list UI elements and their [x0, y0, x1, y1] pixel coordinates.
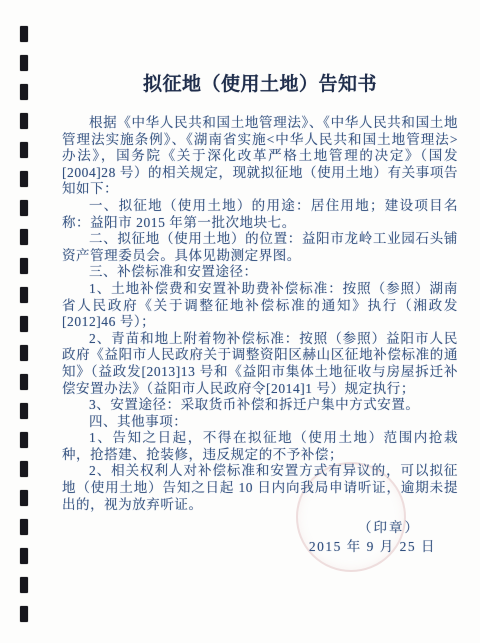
document-paragraph: 1、土地补偿费和安置补助费补偿标准：按照（参照）湖南省人民政府《关于调整征地补偿… [62, 281, 458, 331]
document-paragraph: 1、告知之日起，不得在拟征地（使用土地）范围内抢栽种，抢搭建、抢装修，违反规定的… [62, 430, 458, 463]
document-paragraph: 3、安置途径：采取货币补偿和拆迁户集中方式安置。 [62, 397, 458, 414]
binding-hole [20, 113, 28, 129]
document-date: 2015 年 9 月 25 日 [62, 539, 458, 555]
binding-hole [20, 229, 28, 245]
binding-hole [20, 374, 28, 390]
binding-hole [20, 519, 28, 535]
binding-hole [20, 490, 28, 506]
scanned-notice-page: 拟征地（使用土地）告知书 根据《中华人民共和国土地管理法》、《中华人民共和国土地… [0, 0, 480, 643]
document-paragraph: 一、拟征地（使用土地）的用途：居住用地；建设项目名称：益阳市 2015 年第一批… [62, 198, 458, 231]
binding-hole [20, 432, 28, 448]
document-paragraph: 根据《中华人民共和国土地管理法》、《中华人民共和国土地管理法实施条例》、《湖南省… [62, 115, 458, 198]
binding-hole [20, 403, 28, 419]
document-paragraph: 二、拟征地（使用土地）的位置：益阳市龙岭工业园石头铺资产管理委员会。具体见勘测定… [62, 231, 458, 264]
binding-hole [20, 171, 28, 187]
seal-placeholder-text: （印章） [62, 520, 458, 536]
binding-hole [20, 258, 28, 274]
binding-hole [20, 200, 28, 216]
document-paragraph: 2、相关权利人对补偿标准和安置方式有异议的，可以拟征地（使用土地）告知之日起 1… [62, 463, 458, 513]
binding-hole [20, 142, 28, 158]
binding-hole [20, 577, 28, 593]
document-paragraph: 2、青苗和地上附着物补偿标准：按照（参照）益阳市人民政府《益阳市人民政府关于调整… [62, 331, 458, 397]
binding-holes-strip [20, 26, 29, 622]
binding-hole [20, 55, 28, 71]
binding-hole [20, 461, 28, 477]
binding-hole [20, 606, 28, 622]
document-content: 拟征地（使用土地）告知书 根据《中华人民共和国土地管理法》、《中华人民共和国土地… [62, 0, 458, 555]
binding-hole [20, 84, 28, 100]
page-title: 拟征地（使用土地）告知书 [62, 72, 458, 98]
document-paragraph: 四、其他事项： [62, 414, 458, 431]
binding-hole [20, 316, 28, 332]
signature-block: （印章） 2015 年 9 月 25 日 [62, 520, 458, 555]
binding-hole [20, 287, 28, 303]
binding-hole [20, 345, 28, 361]
document-paragraph: 三、补偿标准和安置途径： [62, 264, 458, 281]
document-body: 根据《中华人民共和国土地管理法》、《中华人民共和国土地管理法实施条例》、《湖南省… [62, 115, 458, 513]
binding-hole [20, 548, 28, 564]
binding-hole [20, 26, 28, 42]
